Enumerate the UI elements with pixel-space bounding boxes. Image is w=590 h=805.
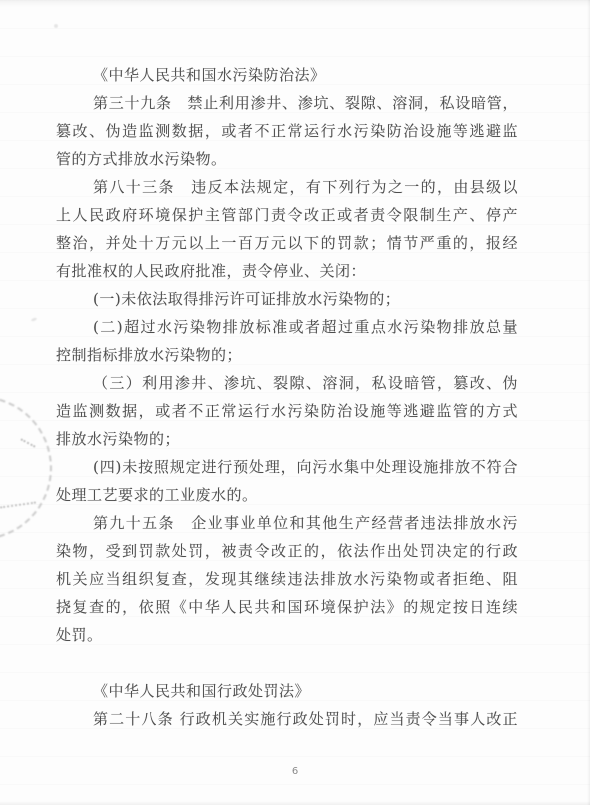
blank-line: [56, 649, 518, 677]
text-line: 处理工艺要求的工业废水的。: [56, 481, 518, 509]
text-line: 有批准权的人民政府批准，责令停业、关闭：: [56, 257, 518, 285]
stamp-arc: [0, 396, 52, 540]
law-title-line: 《中华人民共和国行政处罚法》: [56, 677, 518, 705]
document-page: 《中华人民共和国水污染防治法》 第三十九条 禁止利用渗井、渗坑、裂隙、溶洞，私设…: [0, 0, 590, 805]
text-line: 造监测数据，或者不正常运行水污染防治设施等逃避监管的方式: [56, 397, 518, 425]
clause-line: (四)未按照规定进行预处理，向污水集中处理设施排放不符合: [56, 453, 518, 481]
document-text: 《中华人民共和国水污染防治法》 第三十九条 禁止利用渗井、渗坑、裂隙、溶洞，私设…: [56, 61, 518, 733]
stamp-speck: [20, 438, 35, 447]
stamp-speck: [0, 502, 36, 509]
text-line: 机关应当组织复查，发现其继续违法排放水污染物或者拒绝、阻: [56, 565, 518, 593]
text-line: 篡改、伪造监测数据，或者不正常运行水污染防治设施等逃避监: [56, 117, 518, 145]
clause-line: （三）利用渗井、渗坑、裂隙、溶洞，私设暗管，篡改、伪: [56, 369, 518, 397]
clause-line: (二)超过水污染物排放标准或者超过重点水污染物排放总量: [56, 313, 518, 341]
article-line: 第九十五条 企业事业单位和其他生产经营者违法排放水污: [56, 509, 518, 537]
text-line: 染物，受到罚款处罚，被责令改正的，依法作出处罚决定的行政: [56, 537, 518, 565]
clause-line: (一)未依法取得排污许可证排放水污染物的；: [56, 285, 518, 313]
page-number: 6: [0, 766, 590, 777]
article-line: 第二十八条 行政机关实施行政处罚时，应当责令当事人改正: [56, 705, 518, 733]
text-line: 排放水污染物的；: [56, 425, 518, 453]
text-line: 上人民政府环境保护主管部门责令改正或者责令限制生产、停产: [56, 201, 518, 229]
text-line: 控制指标排放水污染物的；: [56, 341, 518, 369]
scan-artifact-top-band: [0, 0, 590, 7]
scan-artifact-bottom-band: [0, 801, 590, 805]
article-line: 第八十三条 违反本法规定，有下列行为之一的，由县级以: [56, 173, 518, 201]
text-line: 整治，并处十万元以上一百万元以下的罚款；情节严重的，报经: [56, 229, 518, 257]
text-line: 管的方式排放水污染物。: [56, 145, 518, 173]
text-line: 挠复查的，依照《中华人民共和国环境保护法》的规定按日连续: [56, 593, 518, 621]
article-line: 第三十九条 禁止利用渗井、渗坑、裂隙、溶洞，私设暗管，: [56, 89, 518, 117]
speck-artifact: [31, 317, 38, 322]
text-line: 处罚。: [56, 621, 518, 649]
law-title-line: 《中华人民共和国水污染防治法》: [56, 61, 518, 89]
speck-artifact: [54, 24, 58, 28]
